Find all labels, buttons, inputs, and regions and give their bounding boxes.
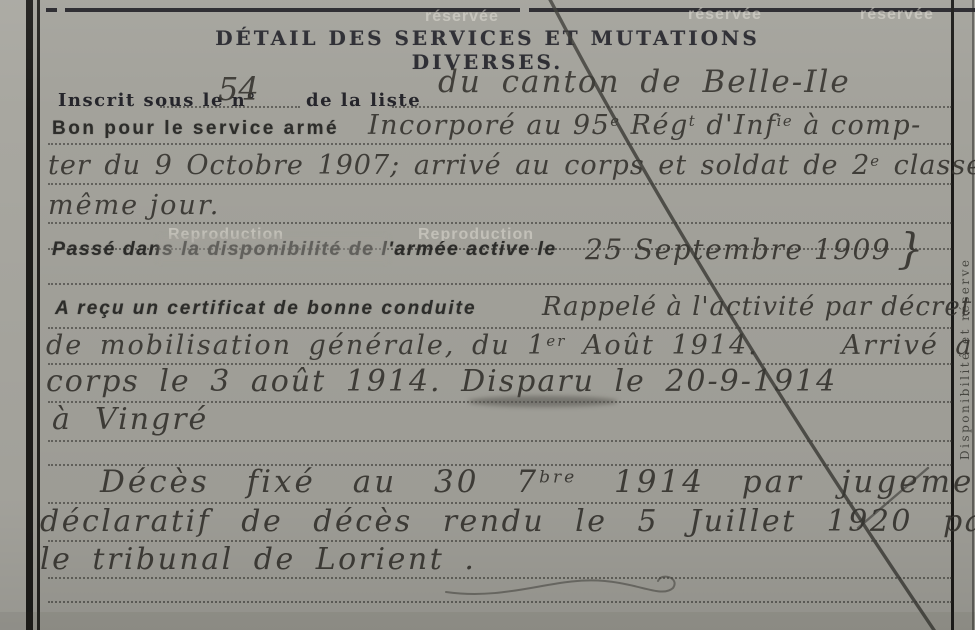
stamp-bon-service: Bon pour le service armé xyxy=(52,118,339,140)
ruled-line xyxy=(48,283,952,285)
handwritten-incorpore: Incorporé au 95e Régt d'Infie à comp- xyxy=(368,110,922,141)
handwritten-corps-disparu: corps le 3 août 1914. Disparu le 20-9-19… xyxy=(46,364,837,399)
handwritten-meme-jour: même jour. xyxy=(48,190,220,221)
watermark-reservee-1: réservée xyxy=(425,8,499,26)
watermark-reservee-3: réservée xyxy=(860,6,934,24)
handwritten-mobilisation: de mobilisation générale, du 1er Août 19… xyxy=(46,330,975,361)
stamp-certificat: A reçu un certificat de bonne conduite xyxy=(55,298,477,320)
watermark-reservee-2: réservée xyxy=(688,6,762,24)
ruled-line xyxy=(48,222,952,224)
left-edge-strip xyxy=(0,0,26,630)
handwritten-deces-2: déclaratif de décès rendu le 5 Juillet 1… xyxy=(40,504,975,539)
ruled-line xyxy=(48,327,952,329)
top-border-gap xyxy=(57,7,65,13)
handwritten-rappele: Rappelé à l'activité par décret xyxy=(542,292,972,322)
left-border xyxy=(26,0,33,630)
ruled-line xyxy=(48,440,952,442)
ink-smudge xyxy=(468,396,618,407)
stamp-smudge xyxy=(158,236,388,262)
handwritten-brace: } xyxy=(897,224,924,273)
scanned-record-page: Disponibilité et réserve réservée réserv… xyxy=(0,0,975,630)
handwritten-canton: du canton de Belle-Ile xyxy=(438,64,851,100)
ruled-line xyxy=(48,143,952,145)
handwritten-vingre: à Vingré xyxy=(52,402,208,437)
handwritten-ter: ter du 9 Octobre 1907; arrivé au corps e… xyxy=(48,150,975,181)
ruled-line xyxy=(48,183,952,185)
ruled-line xyxy=(392,106,952,108)
handwritten-deces-3: le tribunal de Lorient . xyxy=(40,542,476,577)
handwritten-registration-number: 54 xyxy=(218,70,259,108)
pen-flourish xyxy=(446,577,675,594)
top-border-gap xyxy=(520,7,529,13)
handwritten-deces-1: Décès fixé au 30 7bre 1914 par jugement xyxy=(100,464,975,500)
handwritten-dispo-date: 25 Septembre 1909 xyxy=(585,233,891,266)
inscription-label-middle: de la liste xyxy=(306,90,421,111)
ruled-line xyxy=(48,577,952,579)
ruled-line xyxy=(48,601,952,603)
top-border xyxy=(46,8,975,12)
bottom-shade-band xyxy=(0,612,975,630)
